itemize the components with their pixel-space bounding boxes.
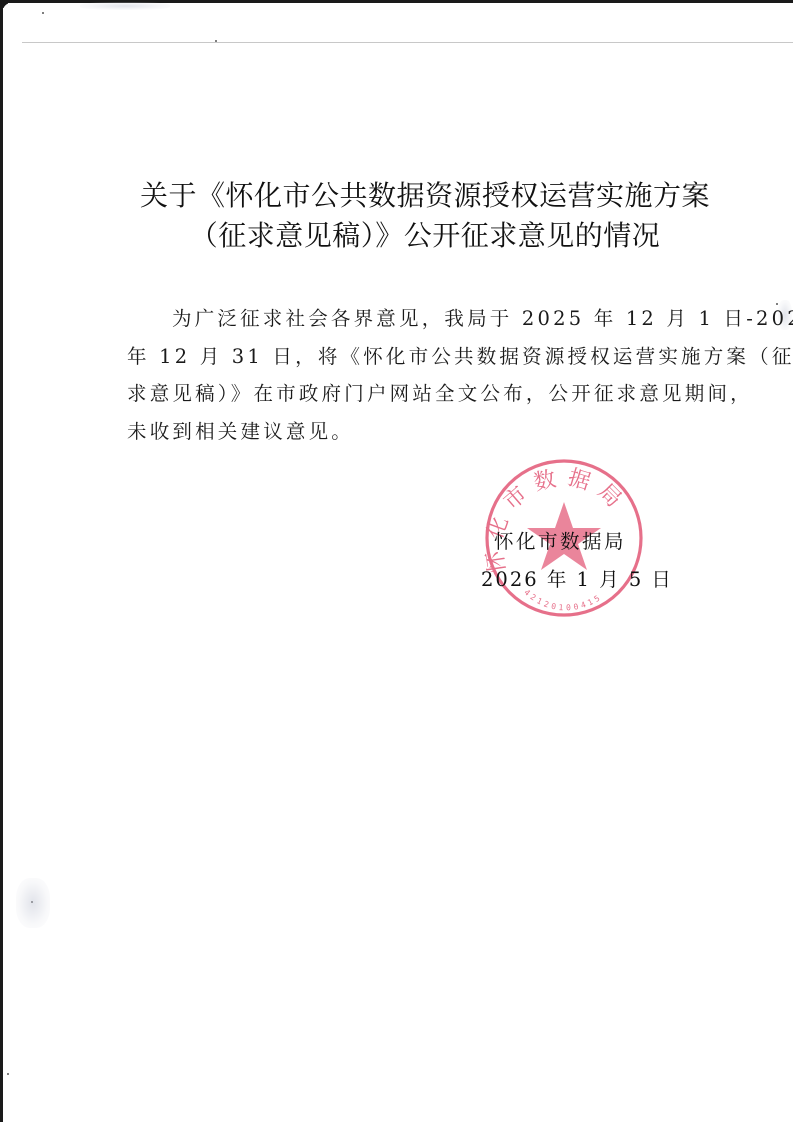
scan-speck (42, 12, 44, 14)
scan-speck (215, 40, 217, 42)
body-line: 为广泛征求社会各界意见，我局于 2025 年 12 月 1 日-2025 (127, 300, 719, 338)
scan-smudge (16, 878, 50, 928)
scan-left-border (0, 0, 3, 1122)
body-line: 未收到相关建议意见。 (127, 413, 719, 451)
scan-corner (3, 3, 11, 11)
scan-speck (776, 303, 778, 305)
body-line: 求意见稿）》在市政府门户网站全文公布，公开征求意见期间， (127, 375, 719, 413)
scan-speck (7, 1073, 9, 1075)
document-body: 为广泛征求社会各界意见，我局于 2025 年 12 月 1 日-2025 年 1… (127, 300, 719, 450)
title-line-1: 关于《怀化市公共数据资源授权运营实施方案 (100, 176, 750, 216)
header-rule (22, 42, 793, 43)
signature-issuer: 怀化市数据局 (494, 526, 626, 554)
body-line: 年 12 月 31 日，将《怀化市公共数据资源授权运营实施方案（征 (127, 338, 719, 376)
title-line-2: （征求意见稿）》公开征求意见的情况 (100, 216, 750, 256)
signature-date: 2026 年 1 月 5 日 (481, 564, 673, 592)
document-title: 关于《怀化市公共数据资源授权运营实施方案 （征求意见稿）》公开征求意见的情况 (100, 176, 750, 256)
scan-smudge (80, 2, 170, 10)
